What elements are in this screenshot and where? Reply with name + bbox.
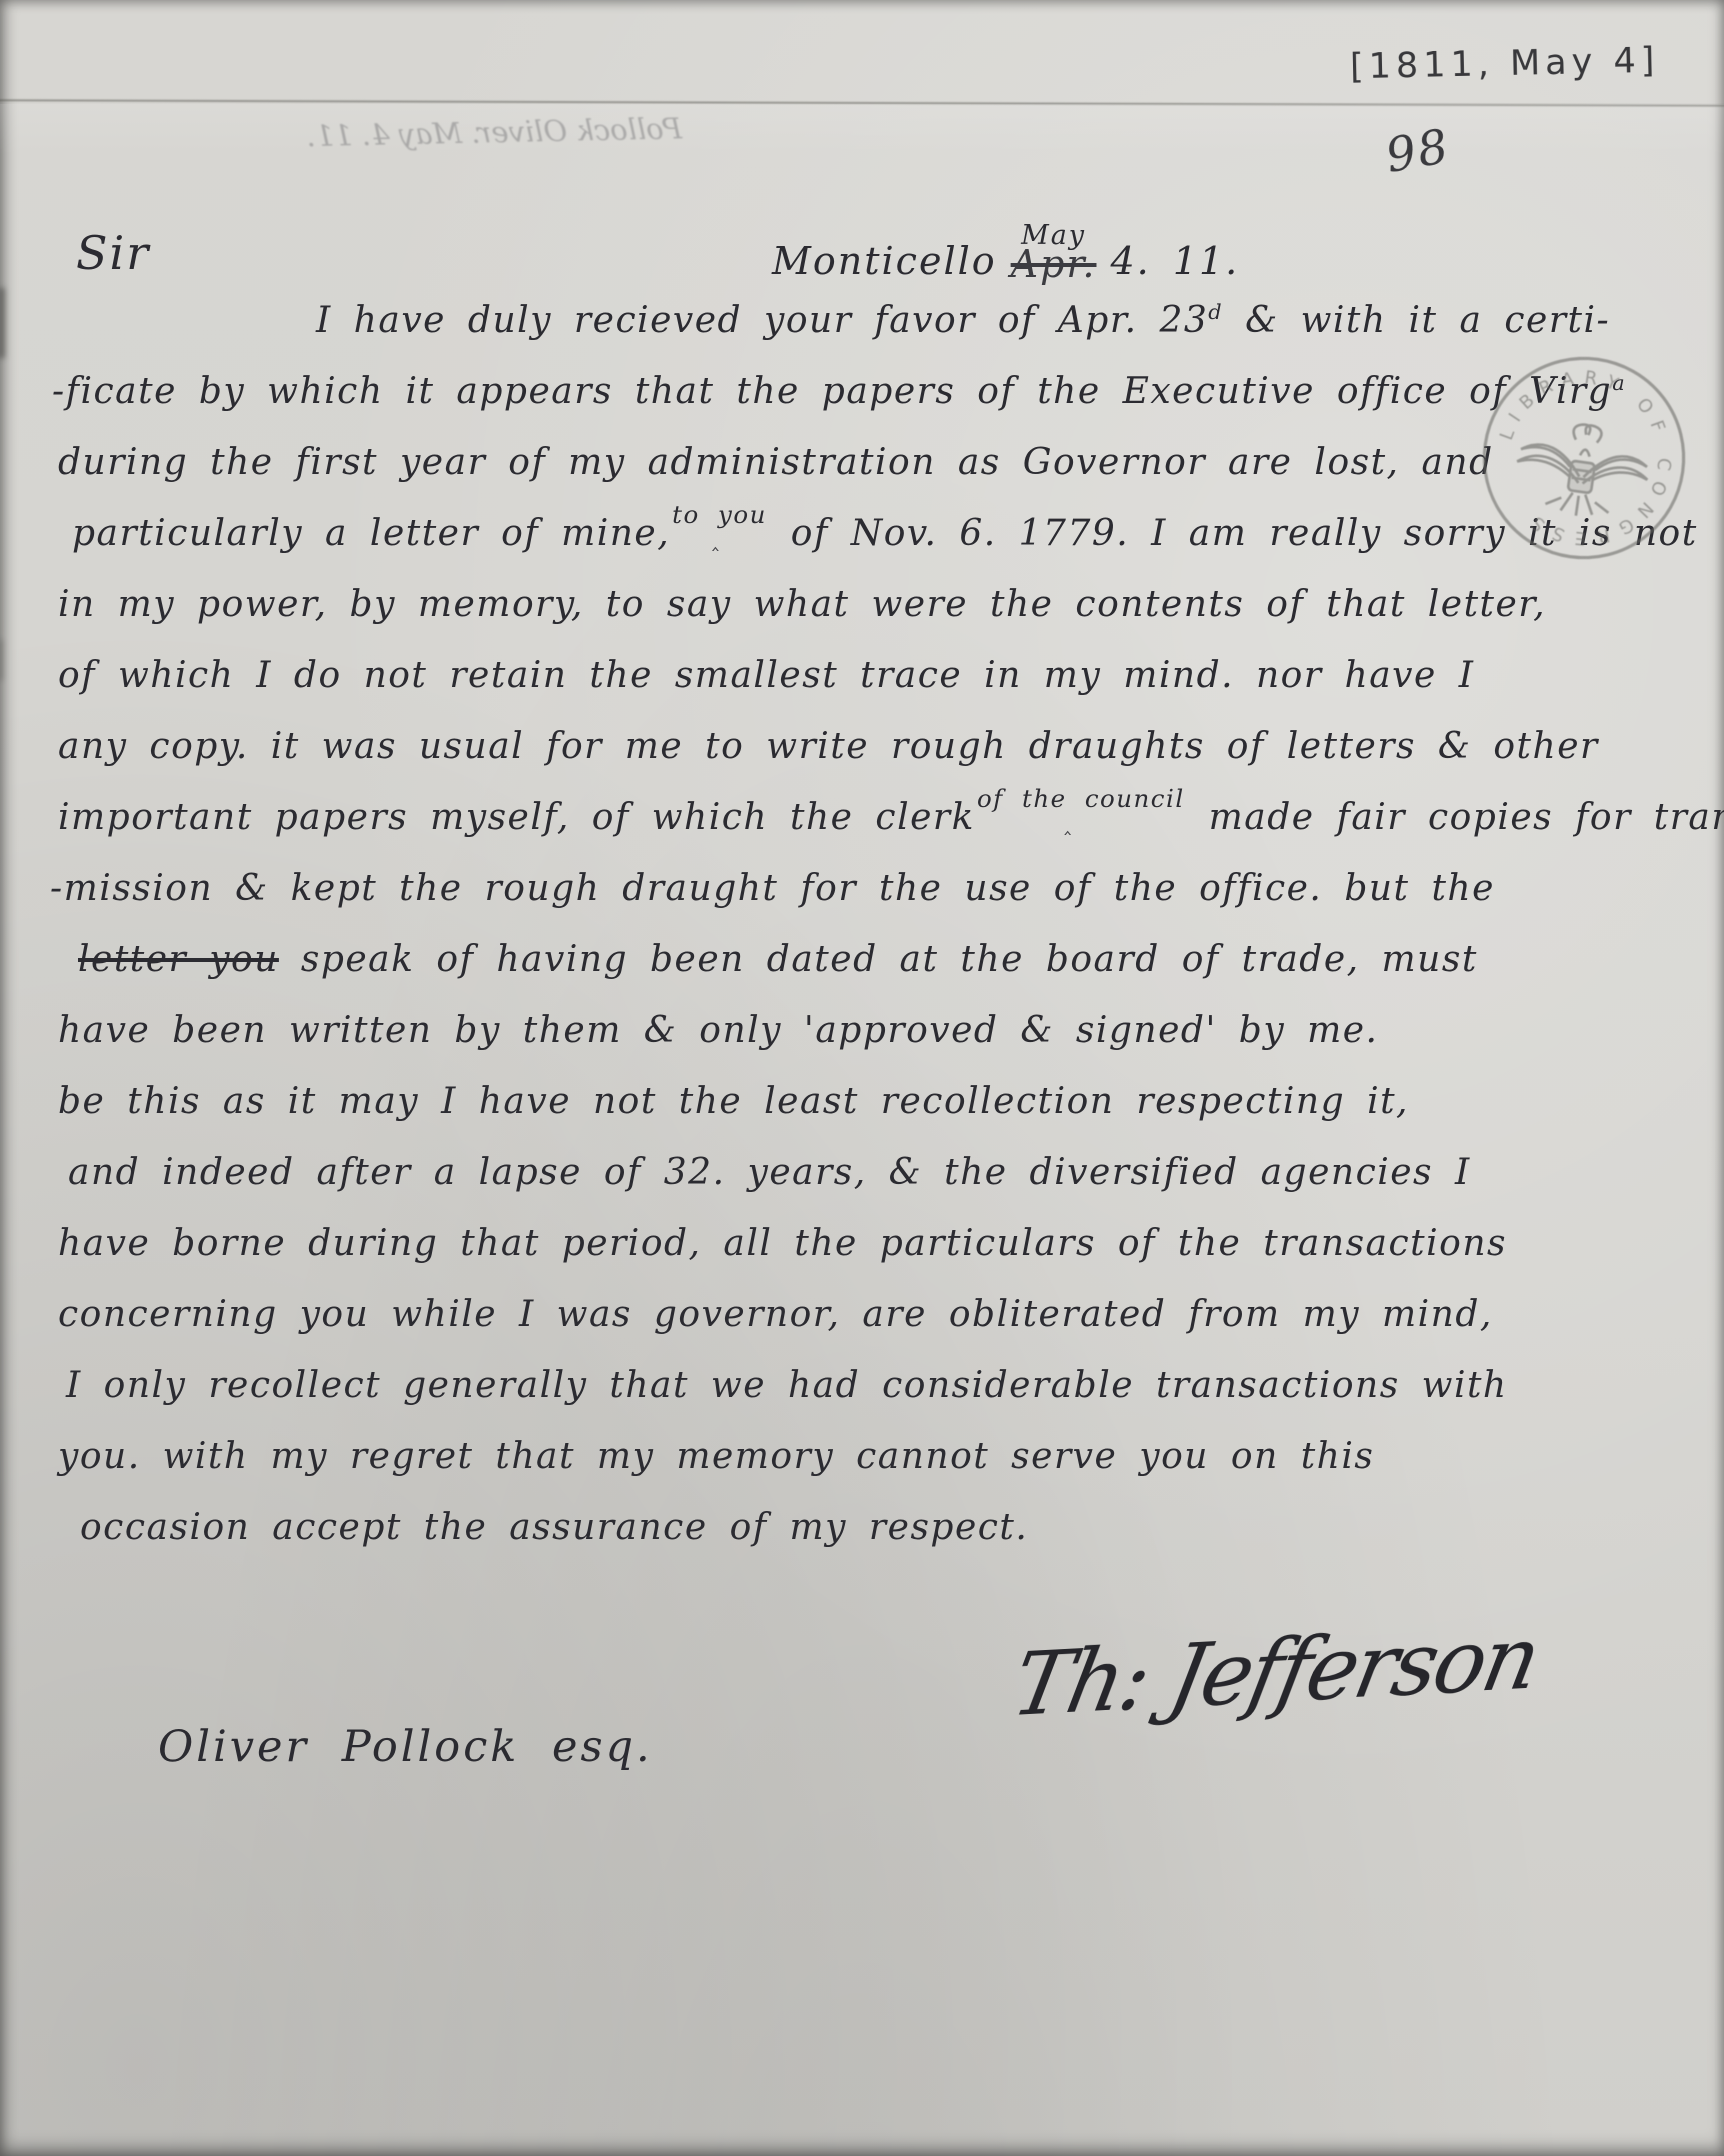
letter-line: occasion accept the assurance of my resp…	[80, 1507, 1654, 1578]
archival-date-note: [1811, May 4]	[1350, 41, 1660, 87]
dateline-place: Monticello	[772, 239, 997, 283]
dateline: Monticello May Apr. 4. 11.	[772, 222, 1239, 283]
line-text: concerning you while I was governor, are…	[58, 1294, 1493, 1335]
line-text: made fair copies for trans-	[1187, 797, 1724, 838]
library-of-congress-stamp-icon: LIBRARY OF CONGRESS	[1464, 338, 1703, 577]
letter-line: any copy. it was usual for me to write r…	[58, 726, 1654, 797]
line-text: occasion accept the assurance of my resp…	[80, 1507, 1028, 1548]
line-text: of which I do not retain the smallest tr…	[58, 655, 1474, 696]
letter-line: have been written by them & only 'approv…	[58, 1010, 1654, 1081]
inserted-text: of the council	[977, 784, 1185, 813]
letter-line: I only recollect generally that we had c…	[66, 1365, 1654, 1436]
line-text: during the first year of my administrati…	[58, 442, 1494, 483]
edge-smudge	[0, 640, 3, 680]
letter-line: of which I do not retain the smallest tr…	[58, 655, 1654, 726]
line-text: particularly a letter of mine,	[72, 513, 670, 554]
line-text: be this as it may I have not the least r…	[58, 1081, 1409, 1122]
salutation: Sir	[76, 226, 150, 280]
struck-text: letter you	[78, 939, 279, 980]
addressee-line: Oliver Pollock esq.	[158, 1722, 653, 1772]
letter-line: during the first year of my administrati…	[58, 442, 1654, 513]
line-text: -ficate by which it appears that the pap…	[52, 371, 1612, 412]
line-text: speak of having been dated at the board …	[279, 939, 1478, 980]
line-text: & with it a certi-	[1223, 300, 1610, 341]
letter-line: I have duly recieved your favor of Apr. …	[58, 300, 1654, 371]
line-text: I only recollect generally that we had c…	[66, 1365, 1508, 1406]
letter-scan-page: [1811, May 4] 98 Pollock Oliver. May 4. …	[0, 0, 1724, 2156]
letter-body: I have duly recieved your favor of Apr. …	[58, 300, 1654, 1578]
line-text: have been written by them & only 'approv…	[58, 1010, 1379, 1051]
inserted-text: to you	[672, 500, 767, 529]
letter-line: concerning you while I was governor, are…	[58, 1294, 1654, 1365]
letter-line: and indeed after a lapse of 32. years, &…	[68, 1152, 1654, 1223]
letter-line: particularly a letter of mine,to you of …	[72, 513, 1654, 584]
line-text: d	[1208, 300, 1223, 324]
signature: Th: Jefferson	[1005, 1608, 1546, 1737]
letter-line: -ficate by which it appears that the pap…	[52, 371, 1654, 442]
letter-line: be this as it may I have not the least r…	[58, 1081, 1654, 1152]
line-text: important papers myself, of which the cl…	[58, 797, 975, 838]
letter-line: you. with my regret that my memory canno…	[58, 1436, 1654, 1507]
letter-line: -mission & kept the rough draught for th…	[50, 868, 1654, 939]
line-text: and indeed after a lapse of 32. years, &…	[68, 1152, 1471, 1193]
letter-line: important papers myself, of which the cl…	[58, 797, 1654, 868]
dateline-struck-month: Apr.	[1011, 245, 1097, 283]
letter-line: in my power, by memory, to say what were…	[58, 584, 1654, 655]
line-text: -mission & kept the rough draught for th…	[50, 868, 1495, 909]
line-text: I have duly recieved your favor of Apr. …	[316, 300, 1208, 341]
line-text: in my power, by memory, to say what were…	[58, 584, 1546, 625]
letter-line: have borne during that period, all the p…	[58, 1223, 1654, 1294]
letter-line: letter you speak of having been dated at…	[78, 939, 1654, 1010]
edge-smudge	[0, 288, 5, 358]
dateline-month-correction: May Apr.	[1011, 222, 1097, 283]
line-text: any copy. it was usual for me to write r…	[58, 726, 1599, 767]
archival-page-number: 98	[1382, 119, 1454, 184]
line-text: you. with my regret that my memory canno…	[58, 1436, 1374, 1477]
line-text: have borne during that period, all the p…	[58, 1223, 1507, 1264]
dateline-day-year: 4. 11.	[1110, 239, 1239, 283]
